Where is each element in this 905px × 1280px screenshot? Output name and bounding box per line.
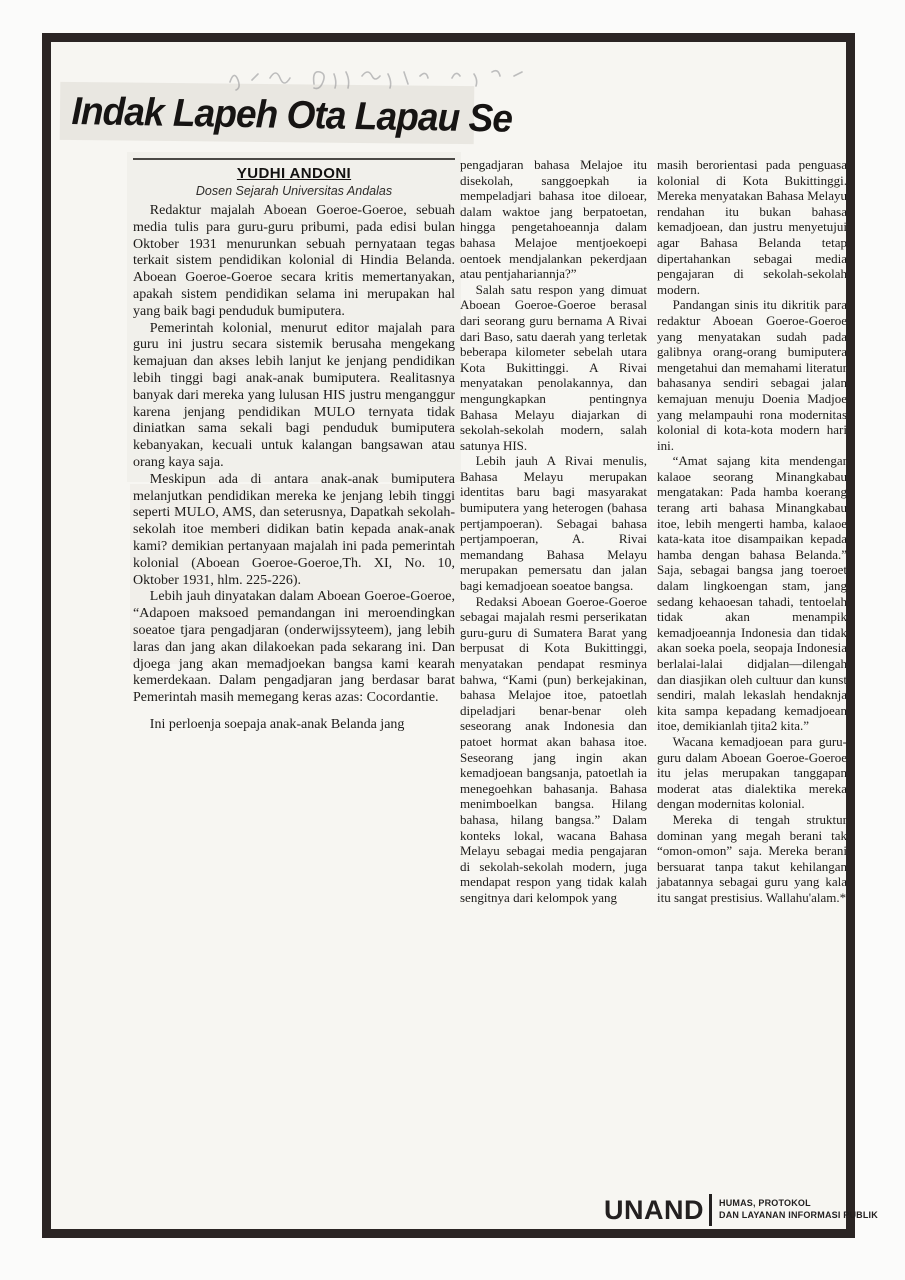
unand-logo: UNAND — [604, 1197, 704, 1224]
paragraph: Pandangan sinis itu dikritik para redakt… — [657, 297, 847, 453]
dept-line2: DAN LAYANAN INFORMASI PUBLIK — [719, 1210, 878, 1222]
paragraph: masih berorientasi pada penguasa kolonia… — [657, 157, 847, 297]
article-title: Indak Lapeh Ota Lapau Se — [71, 90, 471, 141]
paragraph: Lebih jauh dinyatakan dalam Aboean Goero… — [133, 589, 455, 707]
column-3: masih berorientasi pada penguasa kolonia… — [657, 157, 847, 906]
footer-brand: UNAND HUMAS, PROTOKOL DAN LAYANAN INFORM… — [604, 1194, 878, 1226]
paragraph: pengadjaran bahasa Melajoe itu disekolah… — [460, 157, 647, 282]
paragraph: Ini perloenja soepaja anak-anak Belanda … — [133, 717, 455, 734]
column-2: pengadjaran bahasa Melajoe itu disekolah… — [460, 157, 647, 906]
author-name: YUDHI ANDONI — [133, 165, 455, 182]
paragraph: Lebih jauh A Rivai menulis, Bahasa Melay… — [460, 453, 647, 593]
paragraph: Pemerintah kolonial, menurut editor maja… — [133, 321, 455, 472]
dept-line1: HUMAS, PROTOKOL — [719, 1198, 878, 1210]
paragraph: Meskipun ada di antara anak-anak bumiput… — [133, 472, 455, 590]
paragraph: Wacana kemadjoean para guru-guru dalam A… — [657, 734, 847, 812]
logo-divider — [709, 1194, 712, 1226]
paragraph: Redaktur majalah Aboean Goeroe-Goeroe, s… — [133, 203, 455, 321]
paragraph: Mereka di tengah struktur dominan yang m… — [657, 812, 847, 906]
paragraph: Salah satu respon yang dimuat Aboean Goe… — [460, 282, 647, 454]
scanned-page: Indak Lapeh Ota Lapau Se YUDHI ANDONI Do… — [0, 0, 905, 1280]
byline: YUDHI ANDONI Dosen Sejarah Universitas A… — [133, 158, 455, 198]
paragraph: “Amat sajang kita mendengar kalaoe seora… — [657, 453, 847, 734]
author-role: Dosen Sejarah Universitas Andalas — [133, 184, 455, 198]
paragraph: Redaksi Aboean Goeroe-Goeroe sebagai maj… — [460, 594, 647, 906]
dept-label: HUMAS, PROTOKOL DAN LAYANAN INFORMASI PU… — [719, 1198, 878, 1221]
column-1: Redaktur majalah Aboean Goeroe-Goeroe, s… — [133, 203, 455, 734]
handwritten-note — [222, 62, 542, 96]
